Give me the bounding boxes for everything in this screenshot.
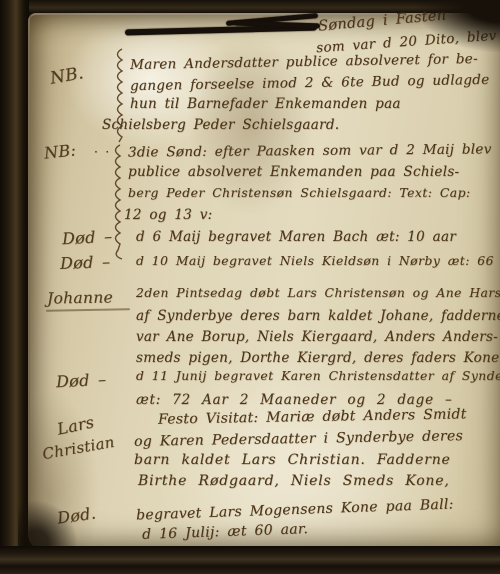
entry-line: berg Peder Christensøn Schielsgaard: Tex…	[128, 186, 471, 200]
entry-line: 2den Pintsedag døbt Lars Christensøn og …	[136, 286, 500, 300]
margin-label-nb: NB.	[49, 63, 86, 89]
margin-label-death: Død –	[60, 252, 111, 273]
entry-line: publice absolveret Enkemanden paa Schiel…	[128, 164, 459, 180]
margin-label-name: Lars	[55, 412, 95, 438]
entry-line: d 16 Julij: æt 60 aar.	[142, 521, 309, 543]
book-spine-left	[0, 0, 29, 574]
entry-line: 3die Sønd: efter Paasken som var d 2 Mai…	[128, 141, 492, 160]
entry-line: d 11 Junij begravet Karen Christensdatte…	[136, 369, 500, 383]
margin-label-death: Død –	[62, 227, 113, 249]
entry-line: æt: 72 Aar 2 Maaneder og 2 dage –	[136, 392, 453, 408]
photographed-register-page: Søndag i Fasten som var d 20 Dito, blev …	[0, 0, 500, 574]
entry-line: begravet Lars Mogensens Kone paa Ball:	[136, 496, 454, 523]
margin-label-name: Christian	[41, 433, 116, 463]
margin-dots: · ·	[94, 145, 109, 159]
entry-line: Festo Visitat: Mariæ døbt Anders Smidt	[158, 406, 467, 427]
manuscript-page: Søndag i Fasten som var d 20 Dito, blev …	[28, 13, 500, 550]
entry-line: Schielsberg Peder Schielsgaard.	[102, 117, 339, 133]
entry-line: barn kaldet Lars Christian. Fadderne	[134, 452, 451, 468]
entry-line: Birthe Rødgaard, Niels Smeds Kone,	[138, 473, 450, 489]
margin-underline	[46, 308, 130, 311]
entry-line: smeds pigen, Dorthe Kiergrd, deres fader…	[136, 350, 499, 366]
entry-line: af Synderbye deres barn kaldet Johane, f…	[136, 308, 500, 324]
entry-line: d 10 Maij begravet Niels Kieldsøn i Nørb…	[136, 254, 500, 268]
margin-label-name: Johanne	[47, 288, 113, 307]
entry-line: hun til Barnefader Enkemanden paa	[130, 96, 401, 112]
entry-line: 12 og 13 v:	[124, 207, 212, 223]
entry-line: var Ane Borup, Niels Kiergaard, Anders A…	[136, 329, 498, 345]
entry-line: gangen forseelse imod 2 & 6te Bud og udl…	[130, 72, 490, 94]
book-edge-bottom	[0, 546, 500, 574]
entry-line: Maren Andersdatter publice absolveret fo…	[130, 51, 478, 73]
margin-label-death: Død –	[56, 370, 107, 392]
entry-line: og Karen Pedersdaatter i Synderbye deres	[134, 428, 463, 450]
margin-label-nb: NB:	[43, 140, 77, 162]
shadow-top-right	[414, 0, 500, 52]
entry-line: d 6 Maij begravet Maren Bach æt: 10 aar	[136, 229, 456, 245]
